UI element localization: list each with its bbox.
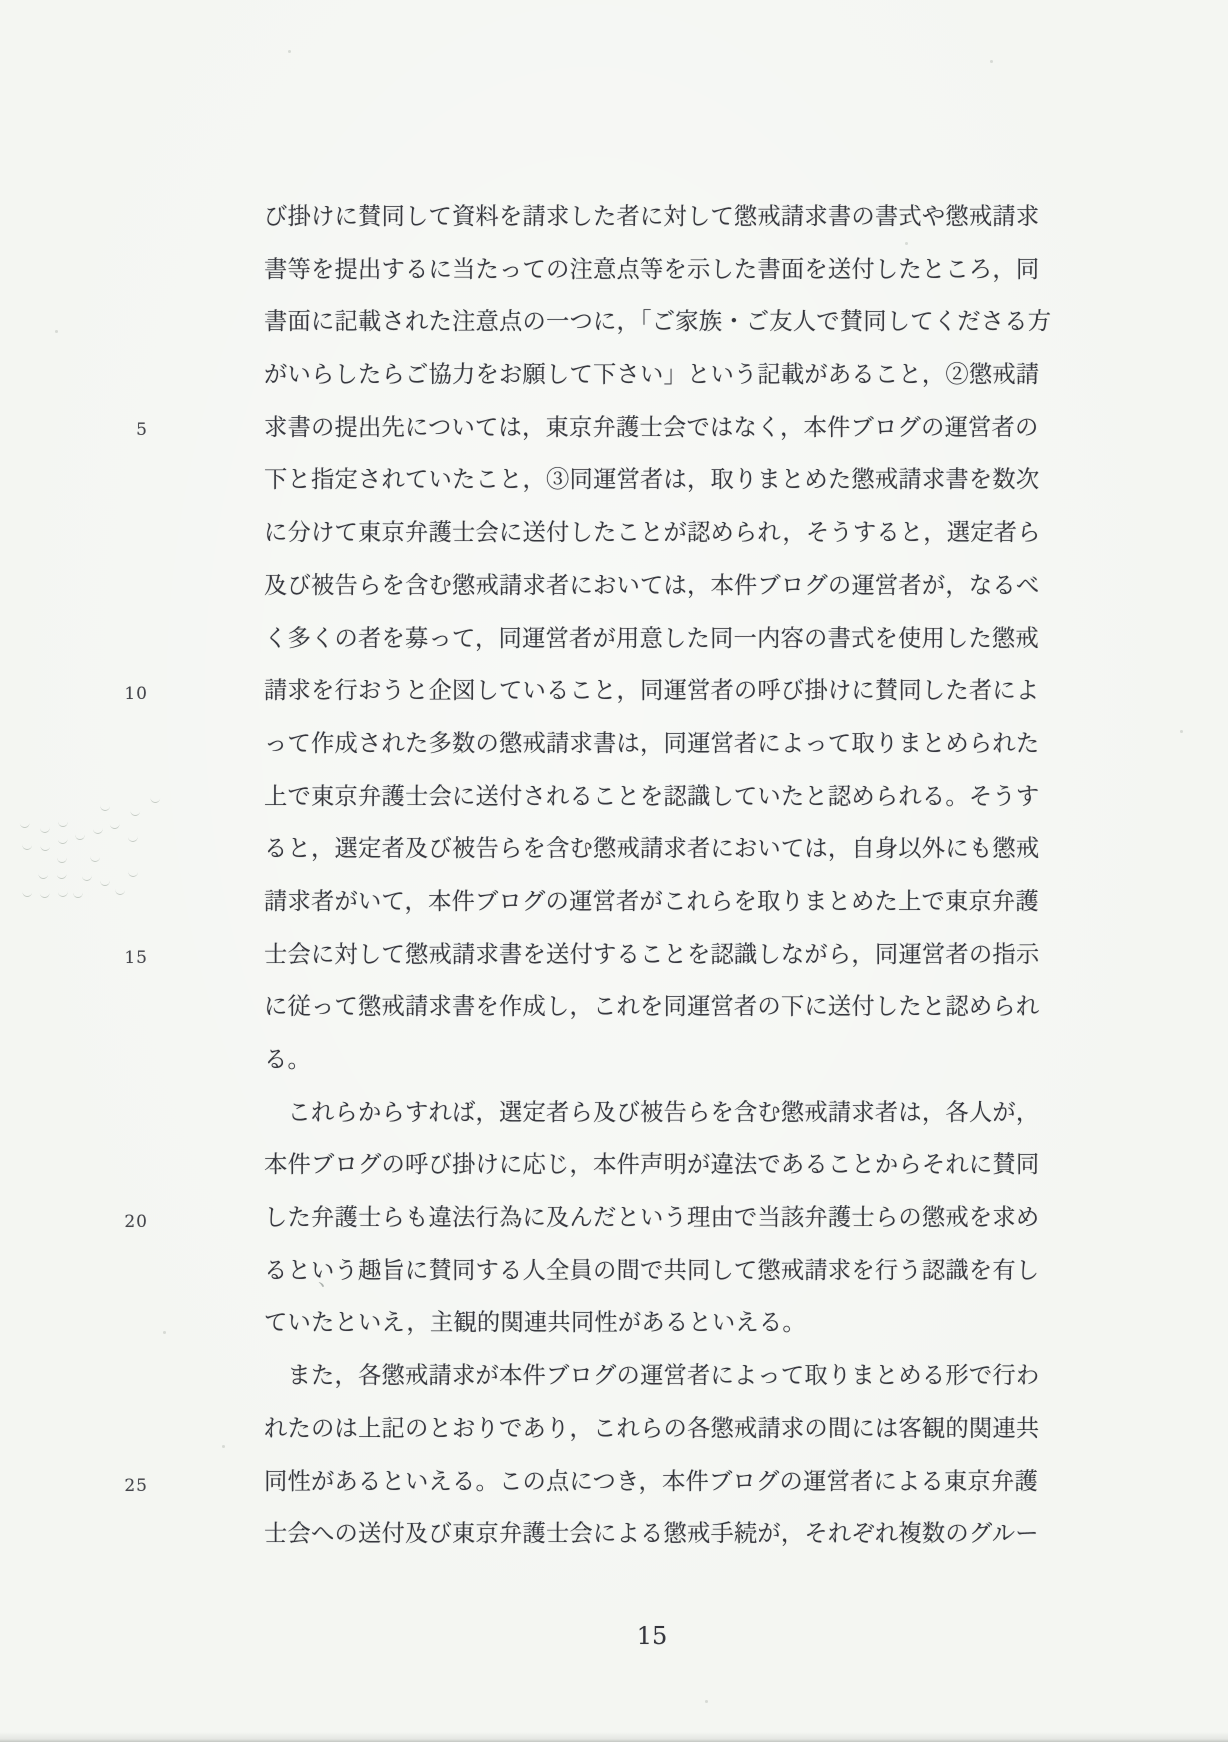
text-line: る。 <box>264 1034 1084 1087</box>
text-line: 請求者がいて，本件ブログの運営者がこれらを取りまとめた上で東京弁護 <box>264 876 1084 929</box>
text-line: 士会への送付及び東京弁護士会による懲戒手続が，それぞれ複数のグルー <box>264 1508 1084 1561</box>
text-line: に分けて東京弁護士会に送付したことが認められ，そうすると，選定者ら <box>264 507 1084 560</box>
text-line: 請求を行おうと企図していること，同運営者の呼び掛けに賛同した者によ <box>264 665 1084 718</box>
text-line: 士会に対して懲戒請求書を送付することを認識しながら，同運営者の指示 <box>264 929 1084 982</box>
margin-line-number: 25 <box>104 1476 148 1496</box>
text-line: 同性があるといえる。この点につき，本件ブログの運営者による東京弁護 <box>264 1456 1084 1509</box>
text-line: 及び被告らを含む懲戒請求者においては，本件ブログの運営者が，なるべ <box>264 560 1084 613</box>
text-line: るという趣旨に賛同する人全員の間で共同して懲戒請求を行う認識を有し <box>264 1245 1084 1298</box>
text-line: って作成された多数の懲戒請求書は，同運営者によって取りまとめられた <box>264 718 1084 771</box>
text-line: 書面に記載された注意点の一つに，「ご家族・ご友人で賛同してくださる方 <box>264 296 1084 349</box>
margin-line-number: 10 <box>104 684 148 704</box>
text-line: 求書の提出先については，東京弁護士会ではなく，本件ブログの運営者の <box>264 402 1084 455</box>
text-line: 本件ブログの呼び掛けに応じ，本件声明が違法であることからそれに賛同 <box>264 1139 1084 1192</box>
text-line: これらからすれば，選定者ら及び被告らを含む懲戒請求者は，各人が， <box>264 1087 1084 1140</box>
text-line: 下と指定されていたこと，③同運営者は，取りまとめた懲戒請求書を数次 <box>264 454 1084 507</box>
judgment-body-text: び掛けに賛同して資料を請求した者に対して懲戒請求書の書式や懲戒請求 書等を提出す… <box>264 191 1084 1561</box>
page-number: 15 <box>597 1622 707 1650</box>
text-line: れたのは上記のとおりであり，これらの各懲戒請求の間には客観的関連共 <box>264 1403 1084 1456</box>
text-line: ていたといえ，主観的関連共同性があるといえる。 <box>264 1297 1084 1350</box>
scanned-judgment-page: 、 5 10 15 20 25 び掛けに賛同して資料を請求した者に対して懲戒請求… <box>0 0 1228 1742</box>
text-line: した弁護士らも違法行為に及んだという理由で当該弁護士らの懲戒を求め <box>264 1192 1084 1245</box>
text-line: がいらしたらご協力をお願して下さい」という記載があること，②懲戒請 <box>264 349 1084 402</box>
margin-line-number: 15 <box>104 948 148 968</box>
text-line: く多くの者を募って，同運営者が用意した同一内容の書式を使用した懲戒 <box>264 613 1084 666</box>
text-line: び掛けに賛同して資料を請求した者に対して懲戒請求書の書式や懲戒請求 <box>264 191 1084 244</box>
text-line: また，各懲戒請求が本件ブログの運営者によって取りまとめる形で行わ <box>264 1350 1084 1403</box>
text-line: ると，選定者及び被告らを含む懲戒請求者においては，自身以外にも懲戒 <box>264 823 1084 876</box>
text-line: 書等を提出するに当たっての注意点等を示した書面を送付したところ，同 <box>264 244 1084 297</box>
text-line: に従って懲戒請求書を作成し，これを同運営者の下に送付したと認められ <box>264 981 1084 1034</box>
margin-line-number: 5 <box>104 420 148 440</box>
text-line: 上で東京弁護士会に送付されることを認識していたと認められる。そうす <box>264 771 1084 824</box>
margin-line-number: 20 <box>104 1212 148 1232</box>
